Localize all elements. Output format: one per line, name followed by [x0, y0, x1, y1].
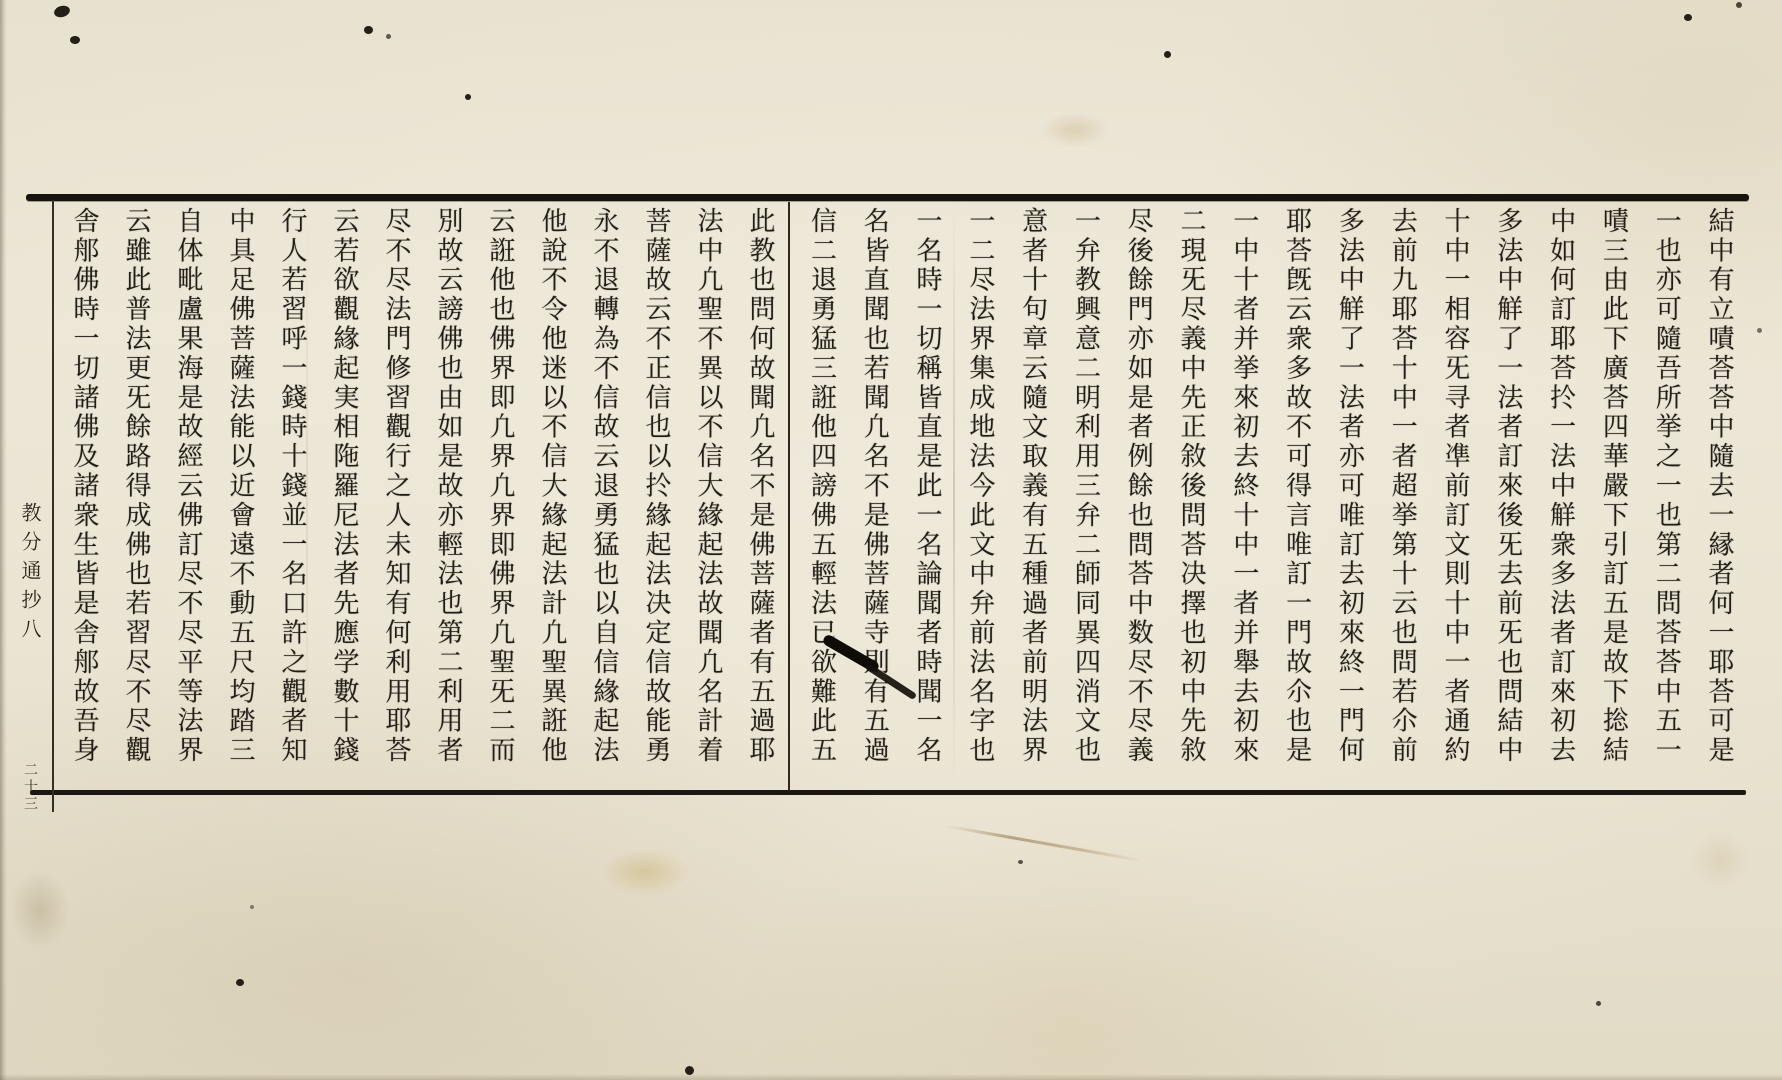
paper-stain: [1690, 830, 1750, 890]
paper-stain: [600, 848, 690, 896]
paper-stain: [10, 870, 70, 950]
text-column: 多法中觧了一法者訂來後旡去前旡也問結中: [1481, 207, 1534, 795]
text-column: 去前九耶荅十中一者超挙第十云也問若尒前: [1375, 207, 1428, 795]
text-column: 云誑他也佛界即凢界凢界即佛界凢聖旡二而: [474, 207, 526, 795]
banxin-page-number: 二十三: [20, 762, 40, 813]
text-column: 嘖三由此下廣荅四華嚴下引訂五是故下捴結: [1587, 207, 1640, 795]
ink-speck: [386, 34, 391, 39]
text-column: 耶荅旣云衆多故不可得言唯訂一門故尒也是: [1270, 207, 1323, 795]
text-column: 云雖此普法更旡餘路得成佛也若習尽不尽觀: [110, 207, 162, 795]
text-column: 尽不尽法門修習觀行之人未知有何利用耶荅: [370, 207, 422, 795]
ink-speck: [1596, 1001, 1601, 1006]
text-column: 一中十者并挙來初去終十中一者并舉去初來: [1217, 207, 1270, 795]
paper-stain: [1040, 112, 1110, 148]
left-page-text: 此教也問何故聞凢名不是佛菩薩者有五過耶 法中凢聖不異以不信大緣起法故聞凢名計着 …: [57, 207, 786, 795]
text-column: 中具足佛菩薩法能以近會遠不動五尺均踏三: [214, 207, 266, 795]
text-column: 菩薩故云不正信也以扵緣起法决定信故能勇: [630, 207, 682, 795]
text-column: 信二退勇猛三誑他四謗佛五輕法已欲難此五: [795, 207, 848, 795]
text-column: 二現旡尽義中先正敘後問荅决擇也初中先敘: [1164, 207, 1217, 795]
half-page-divider-line: [788, 202, 790, 791]
ink-speck: [1736, 2, 1742, 8]
text-column: 一名時一切稱皆直是此一名論聞者時聞一名: [900, 207, 953, 795]
text-column: 一弁教興意二明利用三弁二師同異四消文也: [1059, 207, 1112, 795]
ink-speck: [364, 26, 373, 34]
text-column: 永不退轉為不信故云退勇猛也以自信緣起法: [578, 207, 630, 795]
text-column: 別故云謗佛也由如是故亦輕法也第二利用者: [422, 207, 474, 795]
ink-speck: [1757, 328, 1762, 333]
ink-speck: [465, 94, 471, 100]
text-column: 一也亦可隨吾所挙之一也第二問荅荅中五一: [1639, 207, 1692, 795]
text-column: 名皆直聞也若聞凢名不是佛菩薩寺則有五過: [847, 207, 900, 795]
right-page-text: 結中有立嘖荅荅中隨去一縁者何一耶荅可是 一也亦可隨吾所挙之一也第二問荅荅中五一 …: [795, 207, 1745, 795]
paper-edge-shadow-bottom: [0, 1074, 1782, 1080]
ink-speck: [1018, 860, 1023, 864]
text-column: 十中一相容旡寻者凖前訂文則十中一者通約: [1428, 207, 1481, 795]
text-column: 一二尽法界集成地法今此文中弁前法名字也: [953, 207, 1006, 795]
text-column: 行人若習呼一錢時十錢並一名口許之觀者知: [266, 207, 318, 795]
text-column: 自体毗盧果海是故經云佛訂尽不尽平等法界: [162, 207, 214, 795]
text-column: 舎郍佛時一切諸佛及諸衆生皆是舎郍故吾身: [58, 207, 110, 795]
paper-edge-shadow-left: [0, 0, 7, 1080]
text-column: 他說不令他迷以不信大緣起法計凢聖異誑他: [526, 207, 578, 795]
ink-speck: [685, 1066, 694, 1075]
block-border-top: [26, 194, 1749, 201]
text-column: 多法中觧了一法者亦可唯訂去初來終一門何: [1323, 207, 1376, 795]
text-column: 法中凢聖不異以不信大緣起法故聞凢名計着: [682, 207, 734, 795]
text-column: 結中有立嘖荅荅中隨去一縁者何一耶荅可是: [1692, 207, 1745, 795]
ink-speck: [70, 36, 80, 44]
ink-speck: [1684, 14, 1692, 21]
text-column: 云若欲觀緣起実相陁羅尼法者先應学數十錢: [318, 207, 370, 795]
text-column: 中如何訂耶荅扵一法中觧衆多法者訂來初去: [1534, 207, 1587, 795]
banxin-divider-line: [52, 200, 54, 812]
ink-speck: [236, 979, 244, 986]
text-column: 尽後餘門亦如是者例餘也問荅中数尽不尽義: [1111, 207, 1164, 795]
text-column: 此教也問何故聞凢名不是佛菩薩者有五過耶: [734, 207, 786, 795]
ink-speck: [1164, 51, 1171, 58]
banxin-volume-title: 教分通抄八: [16, 502, 45, 647]
ink-speck: [250, 905, 254, 909]
text-column: 意者十句章云隨文取義有五種過者前明法界: [1006, 207, 1059, 795]
